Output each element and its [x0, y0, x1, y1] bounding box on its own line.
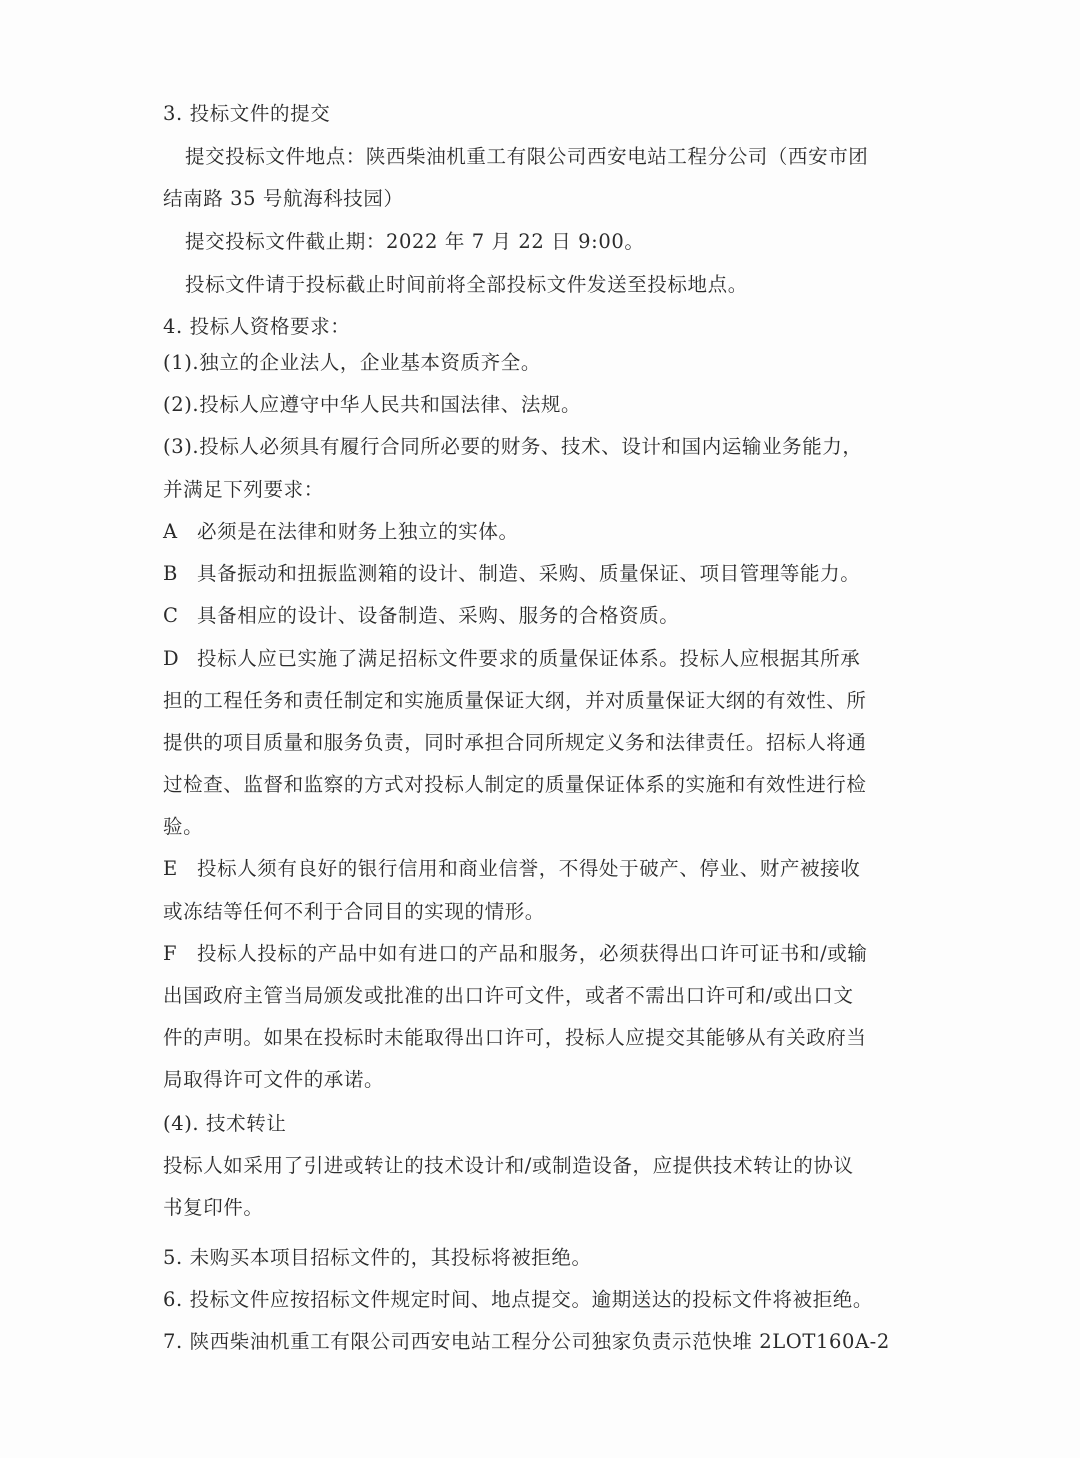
line-text: 局取得许可文件的承诺。	[163, 1068, 384, 1091]
text-line-s4-4-1: 投标人如采用了引进或转让的技术设计和/或制造设备，应提供技术转让的协议	[163, 1152, 854, 1180]
text-line-req-d-4: 过检查、监督和监察的方式对投标人制定的质量保证体系的实施和有效性进行检	[163, 771, 867, 799]
text-line-req-f-2: 出国政府主管当局颁发或批准的出口许可文件，或者不需出口许可和/或出口文	[163, 982, 854, 1010]
line-text: (3).投标人必须具有履行合同所必要的财务、技术、设计和国内运输业务能力，	[163, 435, 863, 458]
line-text: 结南路 35 号航海科技园）	[163, 187, 404, 210]
text-line-req-d-5: 验。	[163, 813, 203, 841]
line-text: 提供的项目质量和服务负责，同时承担合同所规定义务和法律责任。招标人将通	[163, 731, 867, 754]
line-text: 书复印件。	[163, 1196, 264, 1219]
text-line-s4-3b: 并满足下列要求：	[163, 476, 324, 504]
text-line-req-e-1: E投标人须有良好的银行信用和商业信誉，不得处于破产、停业、财产被接收	[163, 855, 860, 883]
line-text: 提交投标文件截止期：2022 年 7 月 22 日 9:00。	[185, 230, 644, 253]
text-line-req-f-3: 件的声明。如果在投标时未能取得出口许可，投标人应提交其能够从有关政府当	[163, 1024, 867, 1052]
line-text: 提交投标文件地点：陕西柴油机重工有限公司西安电站工程分公司（西安市团	[185, 145, 868, 168]
line-text: 必须是在法律和财务上独立的实体。	[197, 520, 519, 543]
line-text: 或冻结等任何不利于合同目的实现的情形。	[163, 900, 545, 923]
line-text: 4. 投标人资格要求：	[163, 315, 350, 338]
text-line-s6: 6. 投标文件应按招标文件规定时间、地点提交。逾期送达的投标文件将被拒绝。	[163, 1286, 873, 1314]
line-text: 投标人投标的产品中如有进口的产品和服务，必须获得出口许可证书和/或输	[197, 942, 867, 965]
line-text: 件的声明。如果在投标时未能取得出口许可，投标人应提交其能够从有关政府当	[163, 1026, 867, 1049]
line-text: (1).独立的企业法人，企业基本资质齐全。	[163, 351, 541, 374]
text-line-s4-1: (1).独立的企业法人，企业基本资质齐全。	[163, 349, 541, 377]
text-line-req-c: C具备相应的设计、设备制造、采购、服务的合格资质。	[163, 602, 679, 630]
line-text: 投标人应已实施了满足招标文件要求的质量保证体系。投标人应根据其所承	[197, 647, 860, 670]
item-label: B	[163, 560, 197, 588]
text-line-s7: 7. 陕西柴油机重工有限公司西安电站工程分公司独家负责示范快堆 2LOT160A…	[163, 1328, 890, 1356]
line-text: 担的工程任务和责任制定和实施质量保证大纲，并对质量保证大纲的有效性、所	[163, 689, 867, 712]
line-text: 过检查、监督和监察的方式对投标人制定的质量保证体系的实施和有效性进行检	[163, 773, 867, 796]
text-line-s4-4-title: (4). 技术转让	[163, 1110, 286, 1138]
line-text: 投标人如采用了引进或转让的技术设计和/或制造设备，应提供技术转让的协议	[163, 1154, 854, 1177]
text-line-req-f-1: F投标人投标的产品中如有进口的产品和服务，必须获得出口许可证书和/或输	[163, 940, 867, 968]
item-label: F	[163, 940, 197, 968]
text-line-s3-location-2: 结南路 35 号航海科技园）	[163, 185, 404, 213]
line-text: 验。	[163, 815, 203, 838]
text-line-s4-4-2: 书复印件。	[163, 1194, 264, 1222]
text-line-s3-note: 投标文件请于投标截止时间前将全部投标文件发送至投标地点。	[185, 271, 748, 299]
document-page: 3. 投标文件的提交提交投标文件地点：陕西柴油机重工有限公司西安电站工程分公司（…	[0, 0, 1080, 1458]
line-text: 投标文件请于投标截止时间前将全部投标文件发送至投标地点。	[185, 273, 748, 296]
line-text: 7. 陕西柴油机重工有限公司西安电站工程分公司独家负责示范快堆 2LOT160A…	[163, 1330, 890, 1353]
text-line-req-b: B具备振动和扭振监测箱的设计、制造、采购、质量保证、项目管理等能力。	[163, 560, 860, 588]
item-label: C	[163, 602, 197, 630]
text-line-req-d-3: 提供的项目质量和服务负责，同时承担合同所规定义务和法律责任。招标人将通	[163, 729, 867, 757]
line-text: 具备相应的设计、设备制造、采购、服务的合格资质。	[197, 604, 679, 627]
line-text: 具备振动和扭振监测箱的设计、制造、采购、质量保证、项目管理等能力。	[197, 562, 860, 585]
line-text: 投标人须有良好的银行信用和商业信誉，不得处于破产、停业、财产被接收	[197, 857, 860, 880]
line-text: 6. 投标文件应按招标文件规定时间、地点提交。逾期送达的投标文件将被拒绝。	[163, 1288, 873, 1311]
text-line-req-d-2: 担的工程任务和责任制定和实施质量保证大纲，并对质量保证大纲的有效性、所	[163, 687, 867, 715]
text-line-s3-deadline: 提交投标文件截止期：2022 年 7 月 22 日 9:00。	[185, 228, 644, 256]
text-line-s4-title: 4. 投标人资格要求：	[163, 313, 350, 341]
text-line-req-a: A必须是在法律和财务上独立的实体。	[163, 518, 519, 546]
line-text: (4). 技术转让	[163, 1112, 286, 1135]
text-line-req-f-4: 局取得许可文件的承诺。	[163, 1066, 384, 1094]
text-line-req-e-2: 或冻结等任何不利于合同目的实现的情形。	[163, 898, 545, 926]
line-text: 出国政府主管当局颁发或批准的出口许可文件，或者不需出口许可和/或出口文	[163, 984, 854, 1007]
line-text: 并满足下列要求：	[163, 478, 324, 501]
item-label: A	[163, 518, 197, 546]
text-line-s4-2: (2).投标人应遵守中华人民共和国法律、法规。	[163, 391, 581, 419]
text-line-s4-3a: (3).投标人必须具有履行合同所必要的财务、技术、设计和国内运输业务能力，	[163, 433, 863, 461]
text-line-req-d-1: D投标人应已实施了满足招标文件要求的质量保证体系。投标人应根据其所承	[163, 645, 860, 673]
item-label: E	[163, 855, 197, 883]
line-text: 3. 投标文件的提交	[163, 102, 330, 125]
text-line-s3-title: 3. 投标文件的提交	[163, 100, 330, 128]
text-line-s5: 5. 未购买本项目招标文件的，其投标将被拒绝。	[163, 1244, 592, 1272]
item-label: D	[163, 645, 197, 673]
text-line-s3-location-1: 提交投标文件地点：陕西柴油机重工有限公司西安电站工程分公司（西安市团	[185, 143, 868, 171]
line-text: 5. 未购买本项目招标文件的，其投标将被拒绝。	[163, 1246, 592, 1269]
line-text: (2).投标人应遵守中华人民共和国法律、法规。	[163, 393, 581, 416]
